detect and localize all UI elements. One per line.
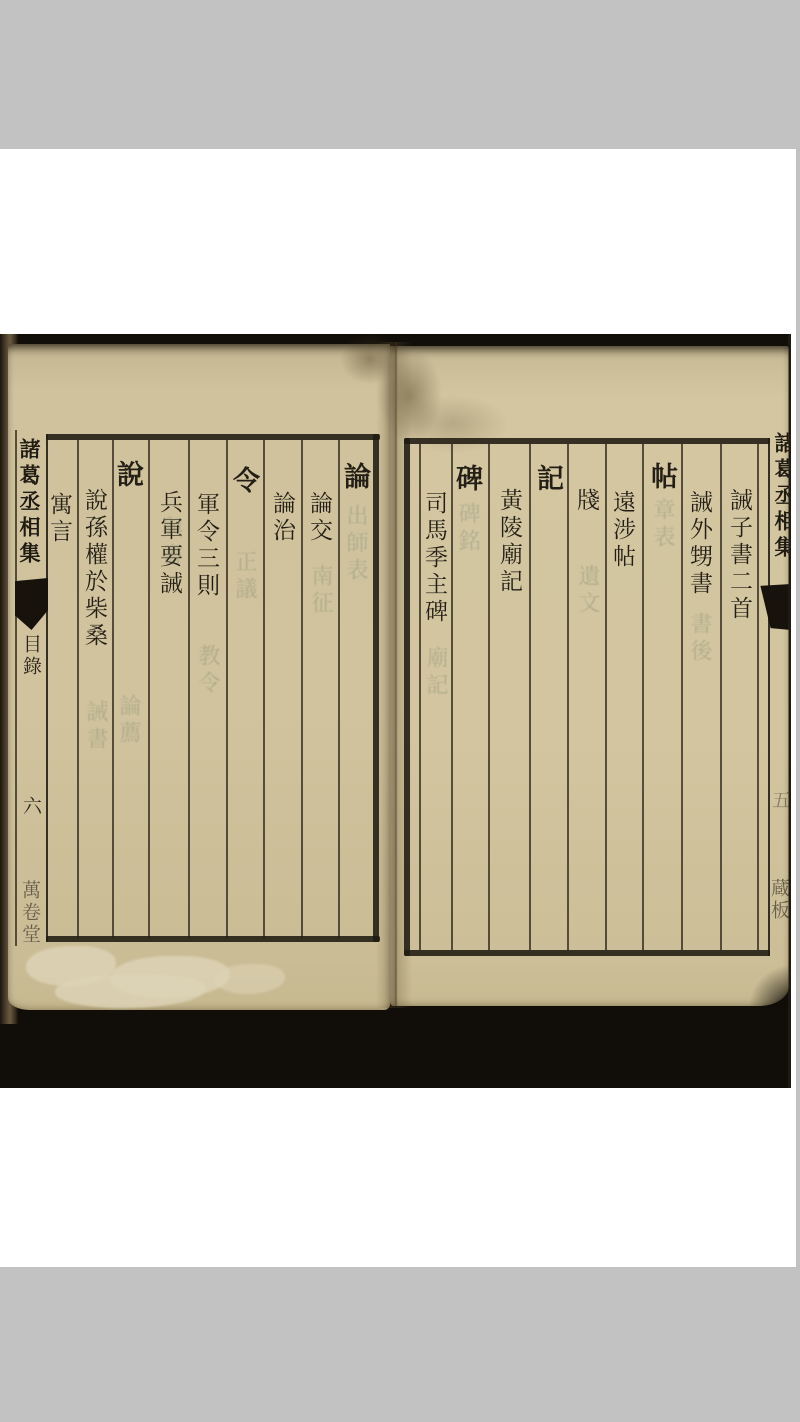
- curled-corner-shadow: [748, 964, 791, 1009]
- column-rule: [451, 444, 453, 950]
- right-page-bottom-border: [404, 950, 770, 956]
- bleedthrough-mark: 章表: [651, 498, 673, 552]
- toc-section-header: 令: [230, 466, 257, 497]
- bleedthrough-mark: 南征: [309, 564, 331, 618]
- column-rule: [529, 444, 531, 950]
- bleedthrough-mark: 遺文: [576, 564, 598, 618]
- column-rule: [188, 440, 190, 938]
- left-page-top-border: [46, 434, 380, 440]
- toc-entry: 說孫權於柴桑: [82, 488, 105, 650]
- right-page-number: 五: [770, 790, 789, 812]
- column-rule: [338, 440, 340, 938]
- gutter-crease: [395, 342, 397, 1006]
- toc-section-header: 說: [114, 460, 141, 491]
- bleedthrough-mark: 與書: [159, 516, 181, 570]
- section-label: 目錄: [21, 634, 40, 678]
- bleedthrough-mark: 教令: [196, 644, 218, 698]
- left-page-right-border: [373, 434, 379, 942]
- toc-section-header: 帖: [648, 462, 675, 493]
- toc-section-header: 記: [534, 464, 561, 495]
- column-rule: [757, 444, 759, 950]
- column-rule: [263, 440, 265, 938]
- toc-entry: 寓言: [47, 492, 70, 546]
- column-rule: [567, 444, 569, 950]
- right-page-left-border: [404, 438, 410, 956]
- toc-entry: 軍令三則: [194, 492, 217, 600]
- right-page-paper: [390, 346, 789, 1006]
- bleedthrough-mark: 碑銘: [456, 502, 478, 556]
- scanned-book-viewer: { "book": { "title": "諸葛丞相集", "section_l…: [0, 0, 800, 1422]
- toc-entry: 誡子書二首: [727, 488, 750, 623]
- bleedthrough-mark: 出師表: [344, 504, 366, 585]
- bleedthrough-mark: 誡書: [84, 700, 106, 754]
- bleedthrough-mark: 廟記: [424, 646, 446, 700]
- scan-edge: [788, 334, 791, 1088]
- spine-title: 諸葛丞相集: [19, 438, 40, 568]
- toc-entry: 司馬季主碑: [422, 491, 445, 626]
- column-rule: [301, 440, 303, 938]
- toc-section-header: 論: [341, 462, 368, 493]
- left-page-bottom-border: [46, 936, 380, 942]
- toc-entry: 論治: [270, 491, 293, 545]
- toc-entry: 誡外甥書: [687, 490, 710, 598]
- toc-section-header: 碑: [453, 464, 480, 495]
- column-rule: [642, 444, 644, 950]
- bleedthrough-mark: 論薦: [117, 694, 139, 748]
- left-page-number: 六: [21, 796, 40, 818]
- publisher-mark: 萬卷堂: [20, 880, 39, 946]
- column-rule: [148, 440, 150, 938]
- column-rule: [681, 444, 683, 950]
- toc-entry: 黃陵廟記: [497, 488, 520, 596]
- bleedthrough-mark: 正議: [233, 550, 255, 604]
- toc-entry: 牋: [574, 488, 597, 515]
- book-scan-photo: 誡子書二首 誡外甥書 帖 遠涉帖 牋 記 黃陵廟記 碑 司馬季主碑 論 論交 論…: [0, 334, 791, 1088]
- right-page-top-border: [404, 438, 770, 444]
- column-rule: [720, 444, 722, 950]
- column-rule: [605, 444, 607, 950]
- toc-entry: 論交: [307, 491, 330, 545]
- column-rule: [226, 440, 228, 938]
- column-rule: [77, 440, 79, 938]
- publisher-block-mark: 蔵板: [769, 878, 788, 922]
- bleedthrough-mark: 書後: [688, 612, 710, 666]
- toc-entry: 遠涉帖: [610, 490, 633, 571]
- column-rule: [112, 440, 114, 938]
- column-rule: [488, 444, 490, 950]
